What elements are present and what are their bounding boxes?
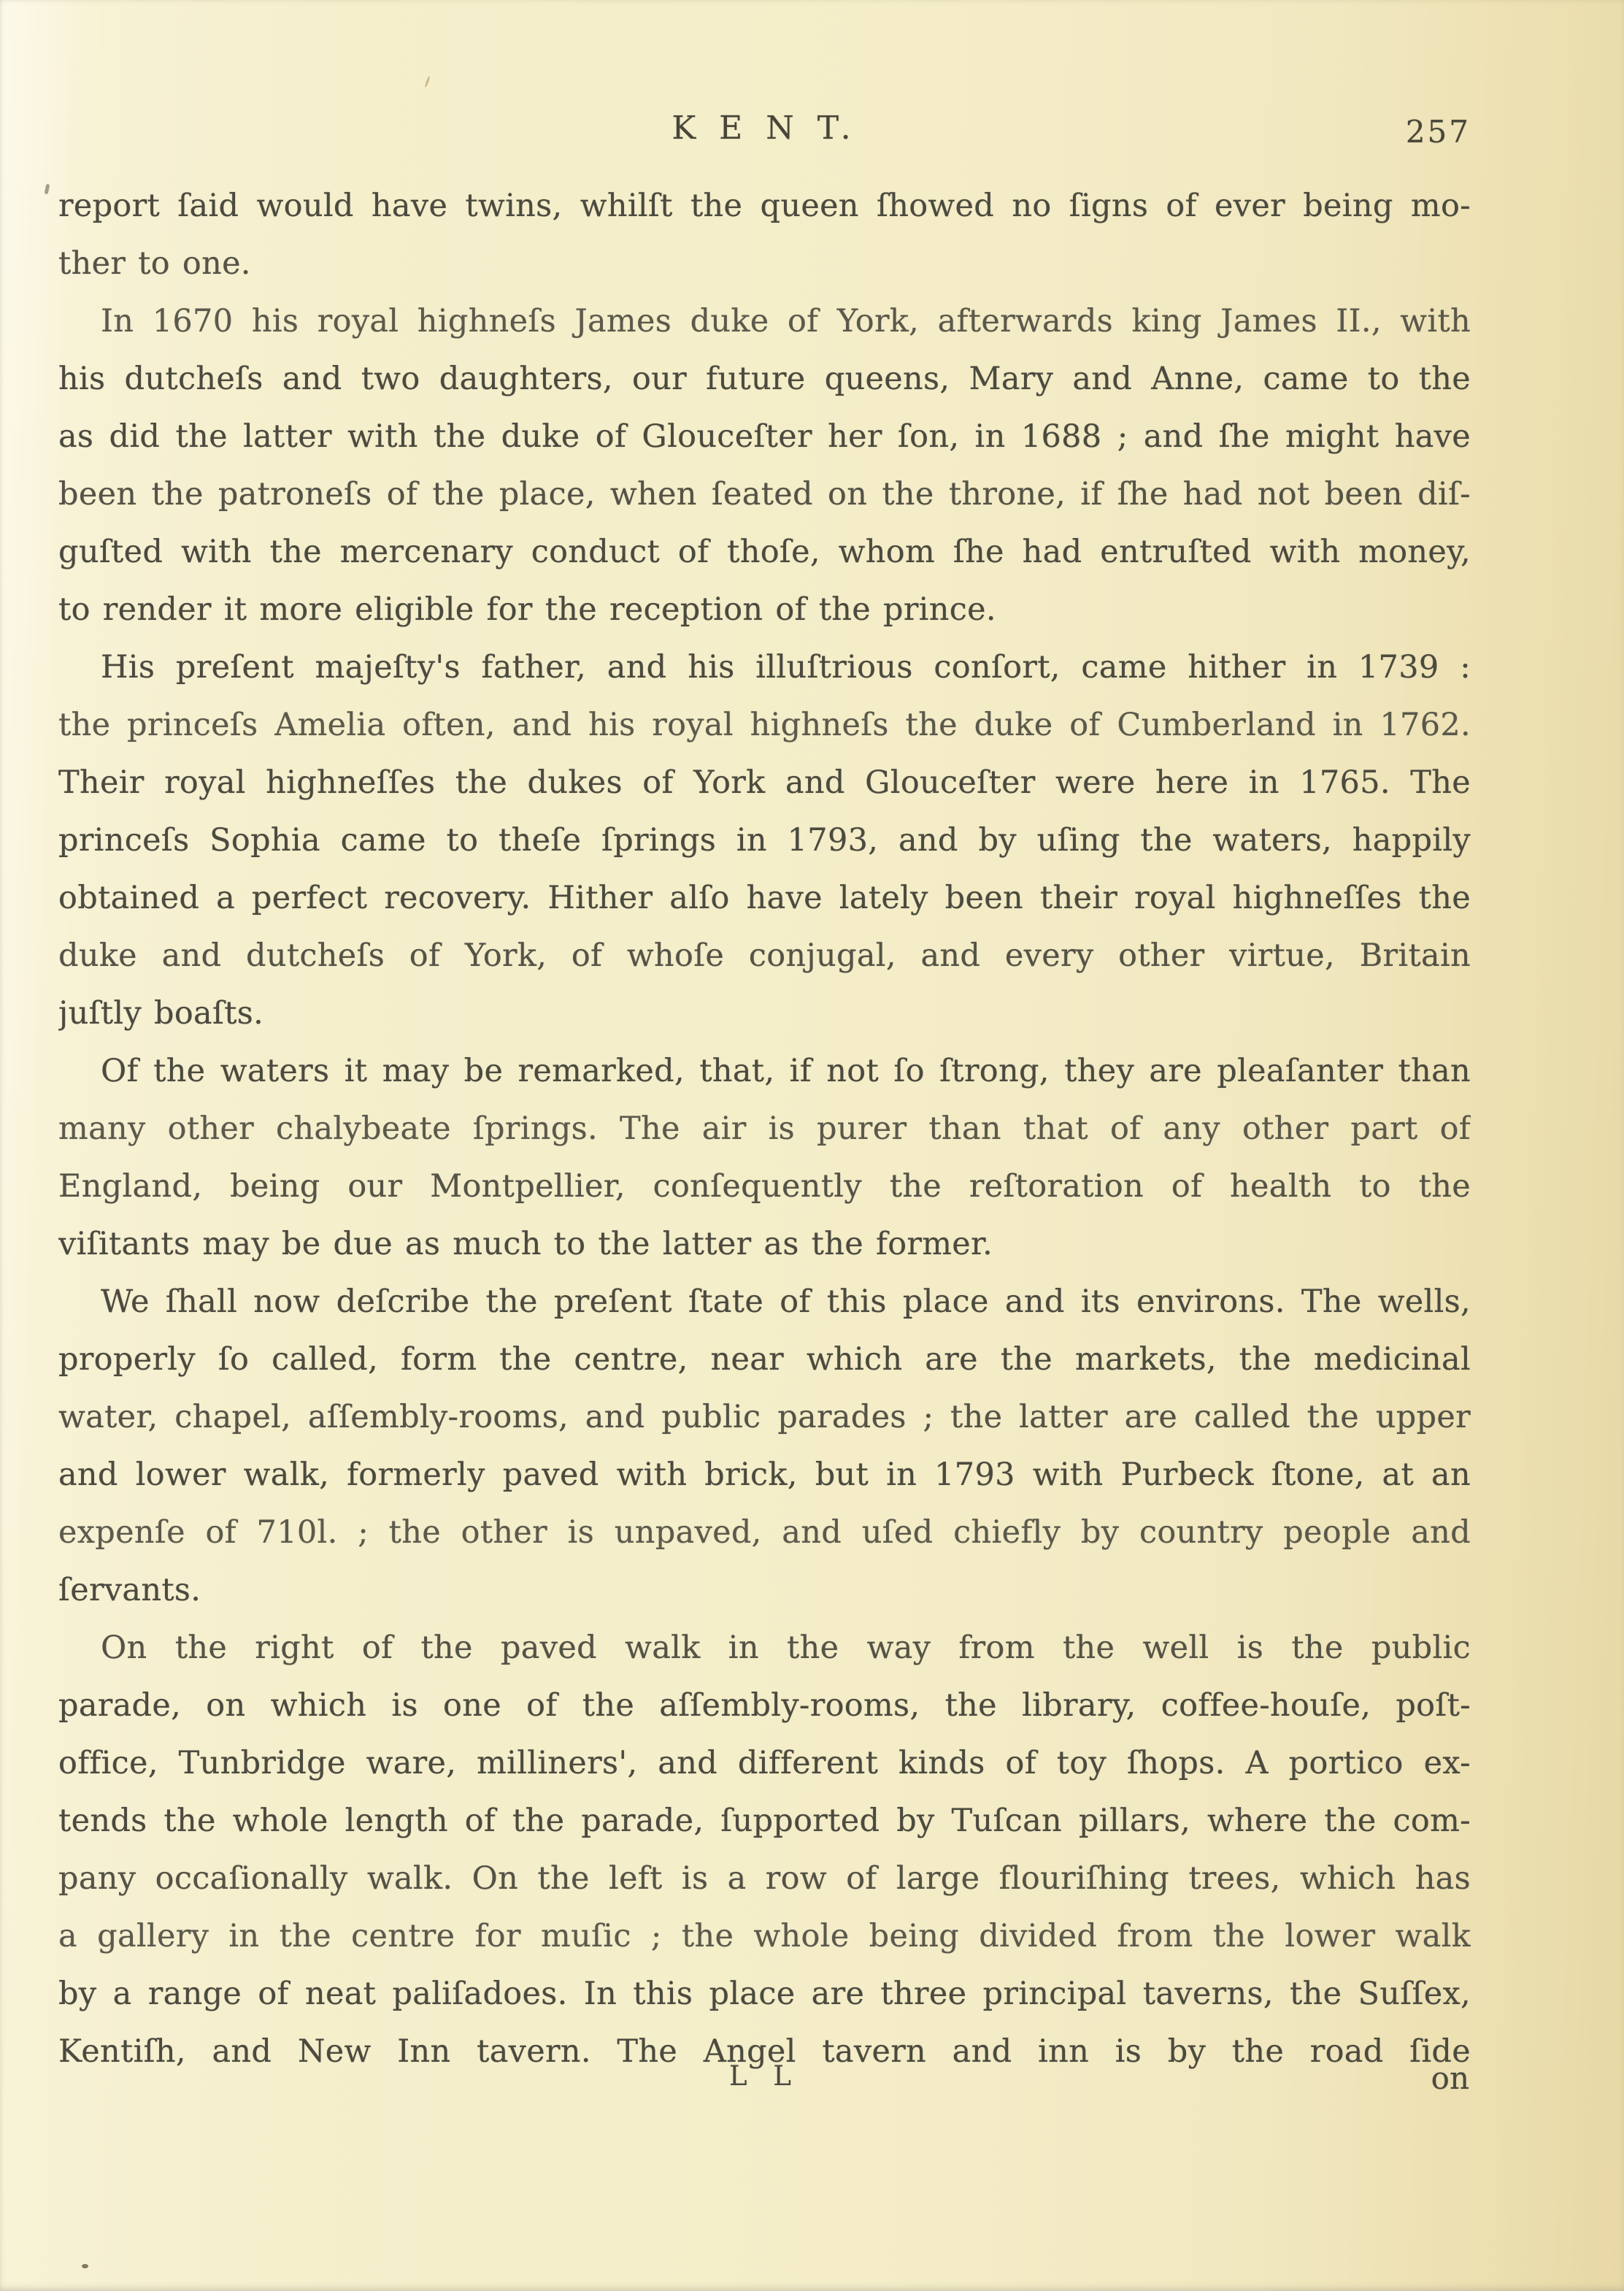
text-line: ther to one.: [58, 235, 1471, 293]
catchword: on: [1431, 2060, 1469, 2096]
text-line: expenſe of 710l. ; the other is unpaved,…: [58, 1504, 1471, 1562]
signature-mark: L L: [58, 2060, 1471, 2092]
text-line: as did the latter with the duke of Glouc…: [58, 408, 1471, 466]
page-footer: L L on: [58, 2060, 1471, 2111]
text-line: tends the whole length of the parade, ſu…: [58, 1792, 1471, 1850]
text-line: ſervants.: [58, 1562, 1471, 1619]
text-line: Their royal highneſſes the dukes of York…: [58, 754, 1471, 812]
paper-speck: [829, 1074, 832, 1077]
text-line: juſtly boaſts.: [58, 985, 1471, 1043]
text-line: report ſaid would have twins, whilſt the…: [58, 177, 1471, 235]
text-line: obtained a perfect recovery. Hither alſo…: [58, 870, 1471, 927]
text-line: many other chalybeate ſprings. The air i…: [58, 1100, 1471, 1158]
paper-speck: [82, 2264, 88, 2268]
running-title: K E N T.: [58, 110, 1471, 147]
text-line: Of the waters it may be remarked, that, …: [58, 1043, 1471, 1100]
text-line: princeſs Sophia came to theſe ſprings in…: [58, 812, 1471, 870]
text-line: duke and dutcheſs of York, of whoſe conj…: [58, 927, 1471, 985]
text-line: His preſent majeſty's father, and his il…: [58, 639, 1471, 696]
page-header: K E N T. 257: [58, 110, 1471, 156]
paper-speck: [424, 76, 430, 88]
page-number: 257: [1406, 114, 1471, 150]
text-line: office, Tunbridge ware, milliners', and …: [58, 1735, 1471, 1792]
text-line: a gallery in the centre for muſic ; the …: [58, 1908, 1471, 1965]
text-line: water, chapel, aſſembly-rooms, and publi…: [58, 1389, 1471, 1446]
text-line: guſted with the mercenary conduct of tho…: [58, 523, 1471, 581]
text-line: his dutcheſs and two daughters, our futu…: [58, 350, 1471, 408]
text-line: by a range of neat paliſadoes. In this p…: [58, 1965, 1471, 2023]
text-line: In 1670 his royal highneſs James duke of…: [58, 293, 1471, 350]
text-line: properly ſo called, form the centre, nea…: [58, 1331, 1471, 1389]
text-line: the princeſs Amelia often, and his royal…: [58, 696, 1471, 754]
page-text: report ſaid would have twins, whilſt the…: [58, 177, 1471, 2081]
text-line: England, being our Montpellier, conſeque…: [58, 1158, 1471, 1216]
text-line: viſitants may be due as much to the latt…: [58, 1216, 1471, 1273]
text-line: been the patroneſs of the place, when ſe…: [58, 466, 1471, 523]
text-line: parade, on which is one of the aſſembly-…: [58, 1677, 1471, 1735]
book-page: K E N T. 257 report ſaid would have twin…: [0, 0, 1624, 2291]
text-line: pany occaſionally walk. On the left is a…: [58, 1850, 1471, 1908]
text-line: and lower walk, formerly paved with bric…: [58, 1446, 1471, 1504]
paper-speck: [45, 184, 50, 195]
text-line: We ſhall now deſcribe the preſent ſtate …: [58, 1273, 1471, 1331]
text-line: On the right of the paved walk in the wa…: [58, 1619, 1471, 1677]
text-line: to render it more eligible for the recep…: [58, 581, 1471, 639]
